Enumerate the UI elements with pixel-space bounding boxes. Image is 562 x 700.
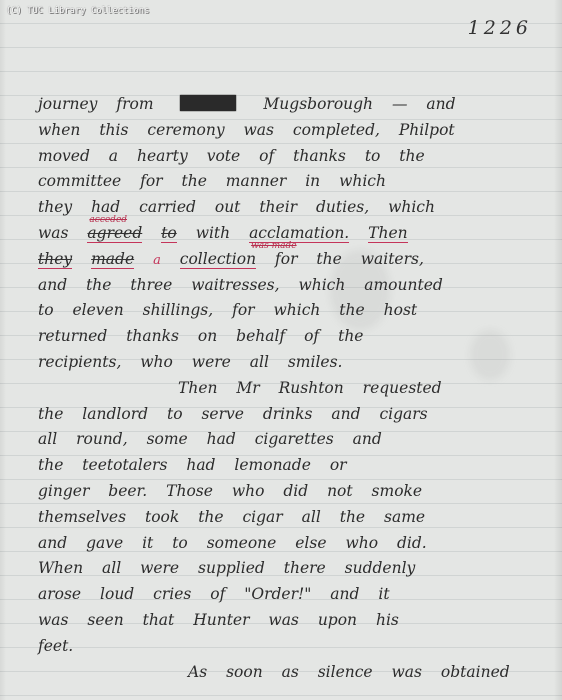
handwritten-text: journey from Mugsborough — and when this… xyxy=(38,92,538,685)
struck-word: to xyxy=(161,224,177,243)
underlined-word: collection xyxy=(180,250,256,269)
text-line: recipients, who were all smiles. xyxy=(38,350,538,376)
text-line: returned thanks on behalf of the xyxy=(38,324,538,350)
copyright-watermark: (C) TUC Library Collections xyxy=(6,6,150,16)
text-line: arose loud cries of "Order!" and it xyxy=(38,582,538,608)
text-line: themselves took the cigar all the same xyxy=(38,505,538,531)
text-line: journey from Mugsborough — and xyxy=(38,92,538,118)
struck-word: they xyxy=(38,250,72,269)
text-line: the teetotalers had lemonade or xyxy=(38,453,538,479)
struck-word: made xyxy=(91,250,134,269)
line-text: with xyxy=(196,224,230,242)
text-line: feet. xyxy=(38,634,538,660)
text-line: and gave it to someone else who did. xyxy=(38,531,538,557)
line-text: Mugsborough — and xyxy=(263,95,455,113)
line-text: journey from xyxy=(38,95,154,113)
text-line: to eleven shillings, for which the host xyxy=(38,298,538,324)
underlined-word: Then xyxy=(368,224,407,243)
text-line: moved a hearty vote of thanks to the xyxy=(38,144,538,170)
text-line: committee for the manner in which xyxy=(38,169,538,195)
text-line-with-corrections: was acceded agreed to with acclamation. … xyxy=(38,221,538,247)
redaction-block xyxy=(180,95,236,111)
text-line: ginger beer. Those who did not smoke xyxy=(38,479,538,505)
correction-note: was made xyxy=(251,234,297,260)
correction-insert: acceded agreed xyxy=(87,221,142,247)
text-line: and the three waitresses, which amounted xyxy=(38,273,538,299)
line-text: for the waiters, xyxy=(275,250,424,268)
correction-note: acceded xyxy=(89,208,127,234)
text-line: was seen that Hunter was upon his xyxy=(38,608,538,634)
page-number: 1226 xyxy=(468,17,532,39)
text-line: when this ceremony was completed, Philpo… xyxy=(38,118,538,144)
text-line: the landlord to serve drinks and cigars xyxy=(38,402,538,428)
inserted-word: a xyxy=(153,253,161,268)
text-line: all round, some had cigarettes and xyxy=(38,427,538,453)
text-line: Then Mr Rushton requested xyxy=(38,376,538,402)
correction-insert: acclamation. was made xyxy=(249,221,349,247)
text-line: As soon as silence was obtained xyxy=(38,660,538,686)
text-line: When all were supplied there suddenly xyxy=(38,556,538,582)
line-text: was xyxy=(38,224,68,242)
manuscript-page: (C) TUC Library Collections 1226 journey… xyxy=(0,0,562,700)
